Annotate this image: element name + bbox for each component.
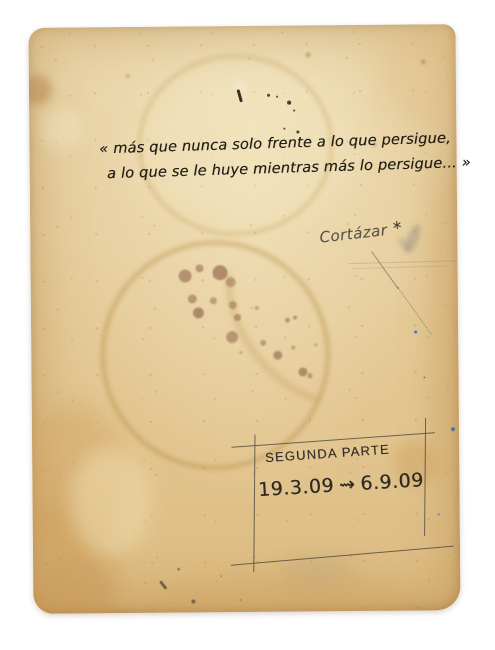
freckle — [420, 59, 425, 64]
splatter — [307, 373, 312, 378]
freckle — [305, 52, 310, 57]
bottom-band-stain — [133, 575, 414, 614]
splatter — [192, 307, 203, 318]
splatter — [291, 346, 295, 350]
splatter — [255, 306, 259, 310]
splatter — [284, 317, 289, 322]
stain-top-right — [373, 24, 460, 125]
splatter — [260, 340, 266, 346]
box-right-line — [424, 418, 426, 536]
date-to: 6.9.09 — [360, 469, 425, 495]
worn-light-spot — [41, 107, 85, 151]
ink-dot — [283, 128, 285, 130]
scanned-notebook-photo: « más que nunca solo frente a lo que per… — [0, 0, 495, 650]
splatter — [233, 314, 240, 321]
splatter — [209, 297, 216, 304]
splatter — [314, 343, 317, 346]
box-title: SEGUNDA PARTE — [265, 442, 391, 465]
ink-dot — [267, 93, 270, 96]
gray-dot — [220, 575, 223, 578]
ink-dot — [296, 130, 299, 133]
gray-dot — [239, 599, 241, 601]
ink-dot — [287, 101, 291, 105]
splatter — [273, 350, 282, 359]
box-date-range: 19.3.09⇝6.9.09 — [257, 469, 424, 501]
gray-dot — [192, 600, 196, 604]
hand-drawn-box: SEGUNDA PARTE 19.3.09⇝6.9.09 — [222, 412, 459, 578]
gray-dash-mark — [159, 580, 167, 589]
blue-speck — [414, 330, 417, 333]
box-bottom-line — [231, 546, 454, 567]
gray-dot — [177, 567, 180, 570]
freckle — [126, 74, 130, 78]
splatter — [293, 316, 297, 320]
date-from: 19.3.09 — [257, 475, 334, 502]
splatter — [196, 264, 204, 272]
splatter — [212, 265, 227, 280]
box-left-line — [253, 434, 256, 572]
squiggle-arrow-icon: ⇝ — [333, 473, 361, 497]
splatter — [298, 367, 307, 376]
pencil-dotted-line — [397, 287, 431, 335]
tide-line-light — [70, 447, 151, 558]
blue-speck — [423, 376, 426, 379]
splatter — [178, 269, 191, 282]
edge-stain-top-left — [28, 75, 52, 105]
splatter — [226, 331, 238, 343]
blue-speck — [451, 427, 455, 431]
splatter — [229, 301, 237, 309]
splatter — [226, 277, 236, 287]
aged-paper-cover: « más que nunca solo frente a lo que per… — [28, 24, 460, 614]
splatter — [239, 351, 242, 354]
splatter — [187, 294, 196, 303]
